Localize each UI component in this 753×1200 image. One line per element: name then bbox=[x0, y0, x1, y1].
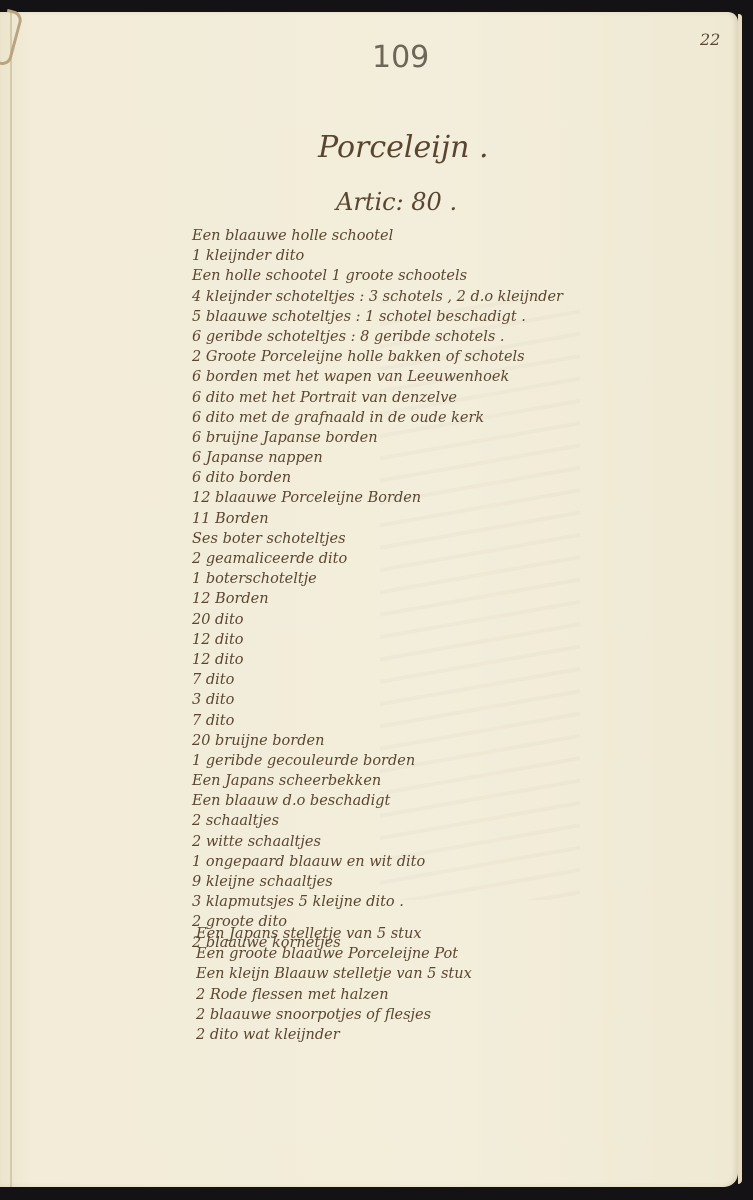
list-item: Een blaauwe holle schootel bbox=[192, 226, 612, 246]
list-item: 6 dito met het Portrait van denzelve bbox=[192, 388, 612, 408]
list-item: 3 klapmutsjes 5 kleijne dito . bbox=[192, 892, 612, 912]
list-item: 4 kleijnder schoteltjes : 3 schotels , 2… bbox=[192, 287, 612, 307]
list-item: 12 Borden bbox=[192, 589, 612, 609]
list-item: Een Japans scheerbekken bbox=[192, 771, 612, 791]
section-title: Porceleijn . bbox=[318, 130, 489, 165]
list-item: 20 dito bbox=[192, 610, 612, 630]
list-item: 2 schaaltjes bbox=[192, 811, 612, 831]
list-item: Een blaauw d.o beschadigt bbox=[192, 791, 612, 811]
list-item: Een Japans stelletje van 5 stux bbox=[196, 924, 616, 944]
list-item: 7 dito bbox=[192, 711, 612, 731]
list-item: 2 witte schaaltjes bbox=[192, 832, 612, 852]
list-item: Een groote blaauwe Porceleijne Pot bbox=[196, 944, 616, 964]
list-item: 6 Japanse nappen bbox=[192, 448, 612, 468]
page-edge bbox=[738, 14, 742, 1184]
list-item: 6 geribde schoteltjes : 8 geribde schote… bbox=[192, 327, 612, 347]
list-item: Een kleijn Blaauw stelletje van 5 stux bbox=[196, 964, 616, 984]
list-item: 2 Groote Porceleijne holle bakken of sch… bbox=[192, 347, 612, 367]
list-item: 5 blaauwe schoteltjes : 1 schotel bescha… bbox=[192, 307, 612, 327]
inventory-list-second-group: Een Japans stelletje van 5 stux Een groo… bbox=[196, 924, 616, 1045]
list-item: 3 dito bbox=[192, 690, 612, 710]
list-item: 12 dito bbox=[192, 630, 612, 650]
list-item: 9 kleijne schaaltjes bbox=[192, 872, 612, 892]
list-item: 6 bruijne Japanse borden bbox=[192, 428, 612, 448]
list-item: Een holle schootel 1 groote schootels bbox=[192, 266, 612, 286]
list-item: 6 dito borden bbox=[192, 468, 612, 488]
list-item: 2 blaauwe snoorpotjes of flesjes bbox=[196, 1005, 616, 1025]
inventory-list: Een blaauwe holle schootel 1 kleijnder d… bbox=[192, 226, 612, 953]
list-item: 1 ongepaard blaauw en wit dito bbox=[192, 852, 612, 872]
list-item: 6 dito met de grafnaald in de oude kerk bbox=[192, 408, 612, 428]
list-item: 20 bruijne borden bbox=[192, 731, 612, 751]
list-item: 1 boterschoteltje bbox=[192, 569, 612, 589]
list-item: 2 geamaliceerde dito bbox=[192, 549, 612, 569]
list-item: 11 Borden bbox=[192, 509, 612, 529]
list-item: 1 geribde gecouleurde borden bbox=[192, 751, 612, 771]
list-item: 1 kleijnder dito bbox=[192, 246, 612, 266]
list-item: Ses boter schoteltjes bbox=[192, 529, 612, 549]
section-article: Artic: 80 . bbox=[336, 188, 457, 216]
list-item: 6 borden met het wapen van Leeuwenhoek bbox=[192, 367, 612, 387]
list-item: 2 dito wat kleijnder bbox=[196, 1025, 616, 1045]
page-number: 22 bbox=[700, 30, 720, 49]
list-item: 12 dito bbox=[192, 650, 612, 670]
list-item: 2 Rode flessen met halzen bbox=[196, 985, 616, 1005]
binding-fold bbox=[10, 12, 12, 1187]
list-item: 7 dito bbox=[192, 670, 612, 690]
folio-number: 109 bbox=[372, 40, 429, 75]
list-item: 12 blaauwe Porceleijne Borden bbox=[192, 488, 612, 508]
